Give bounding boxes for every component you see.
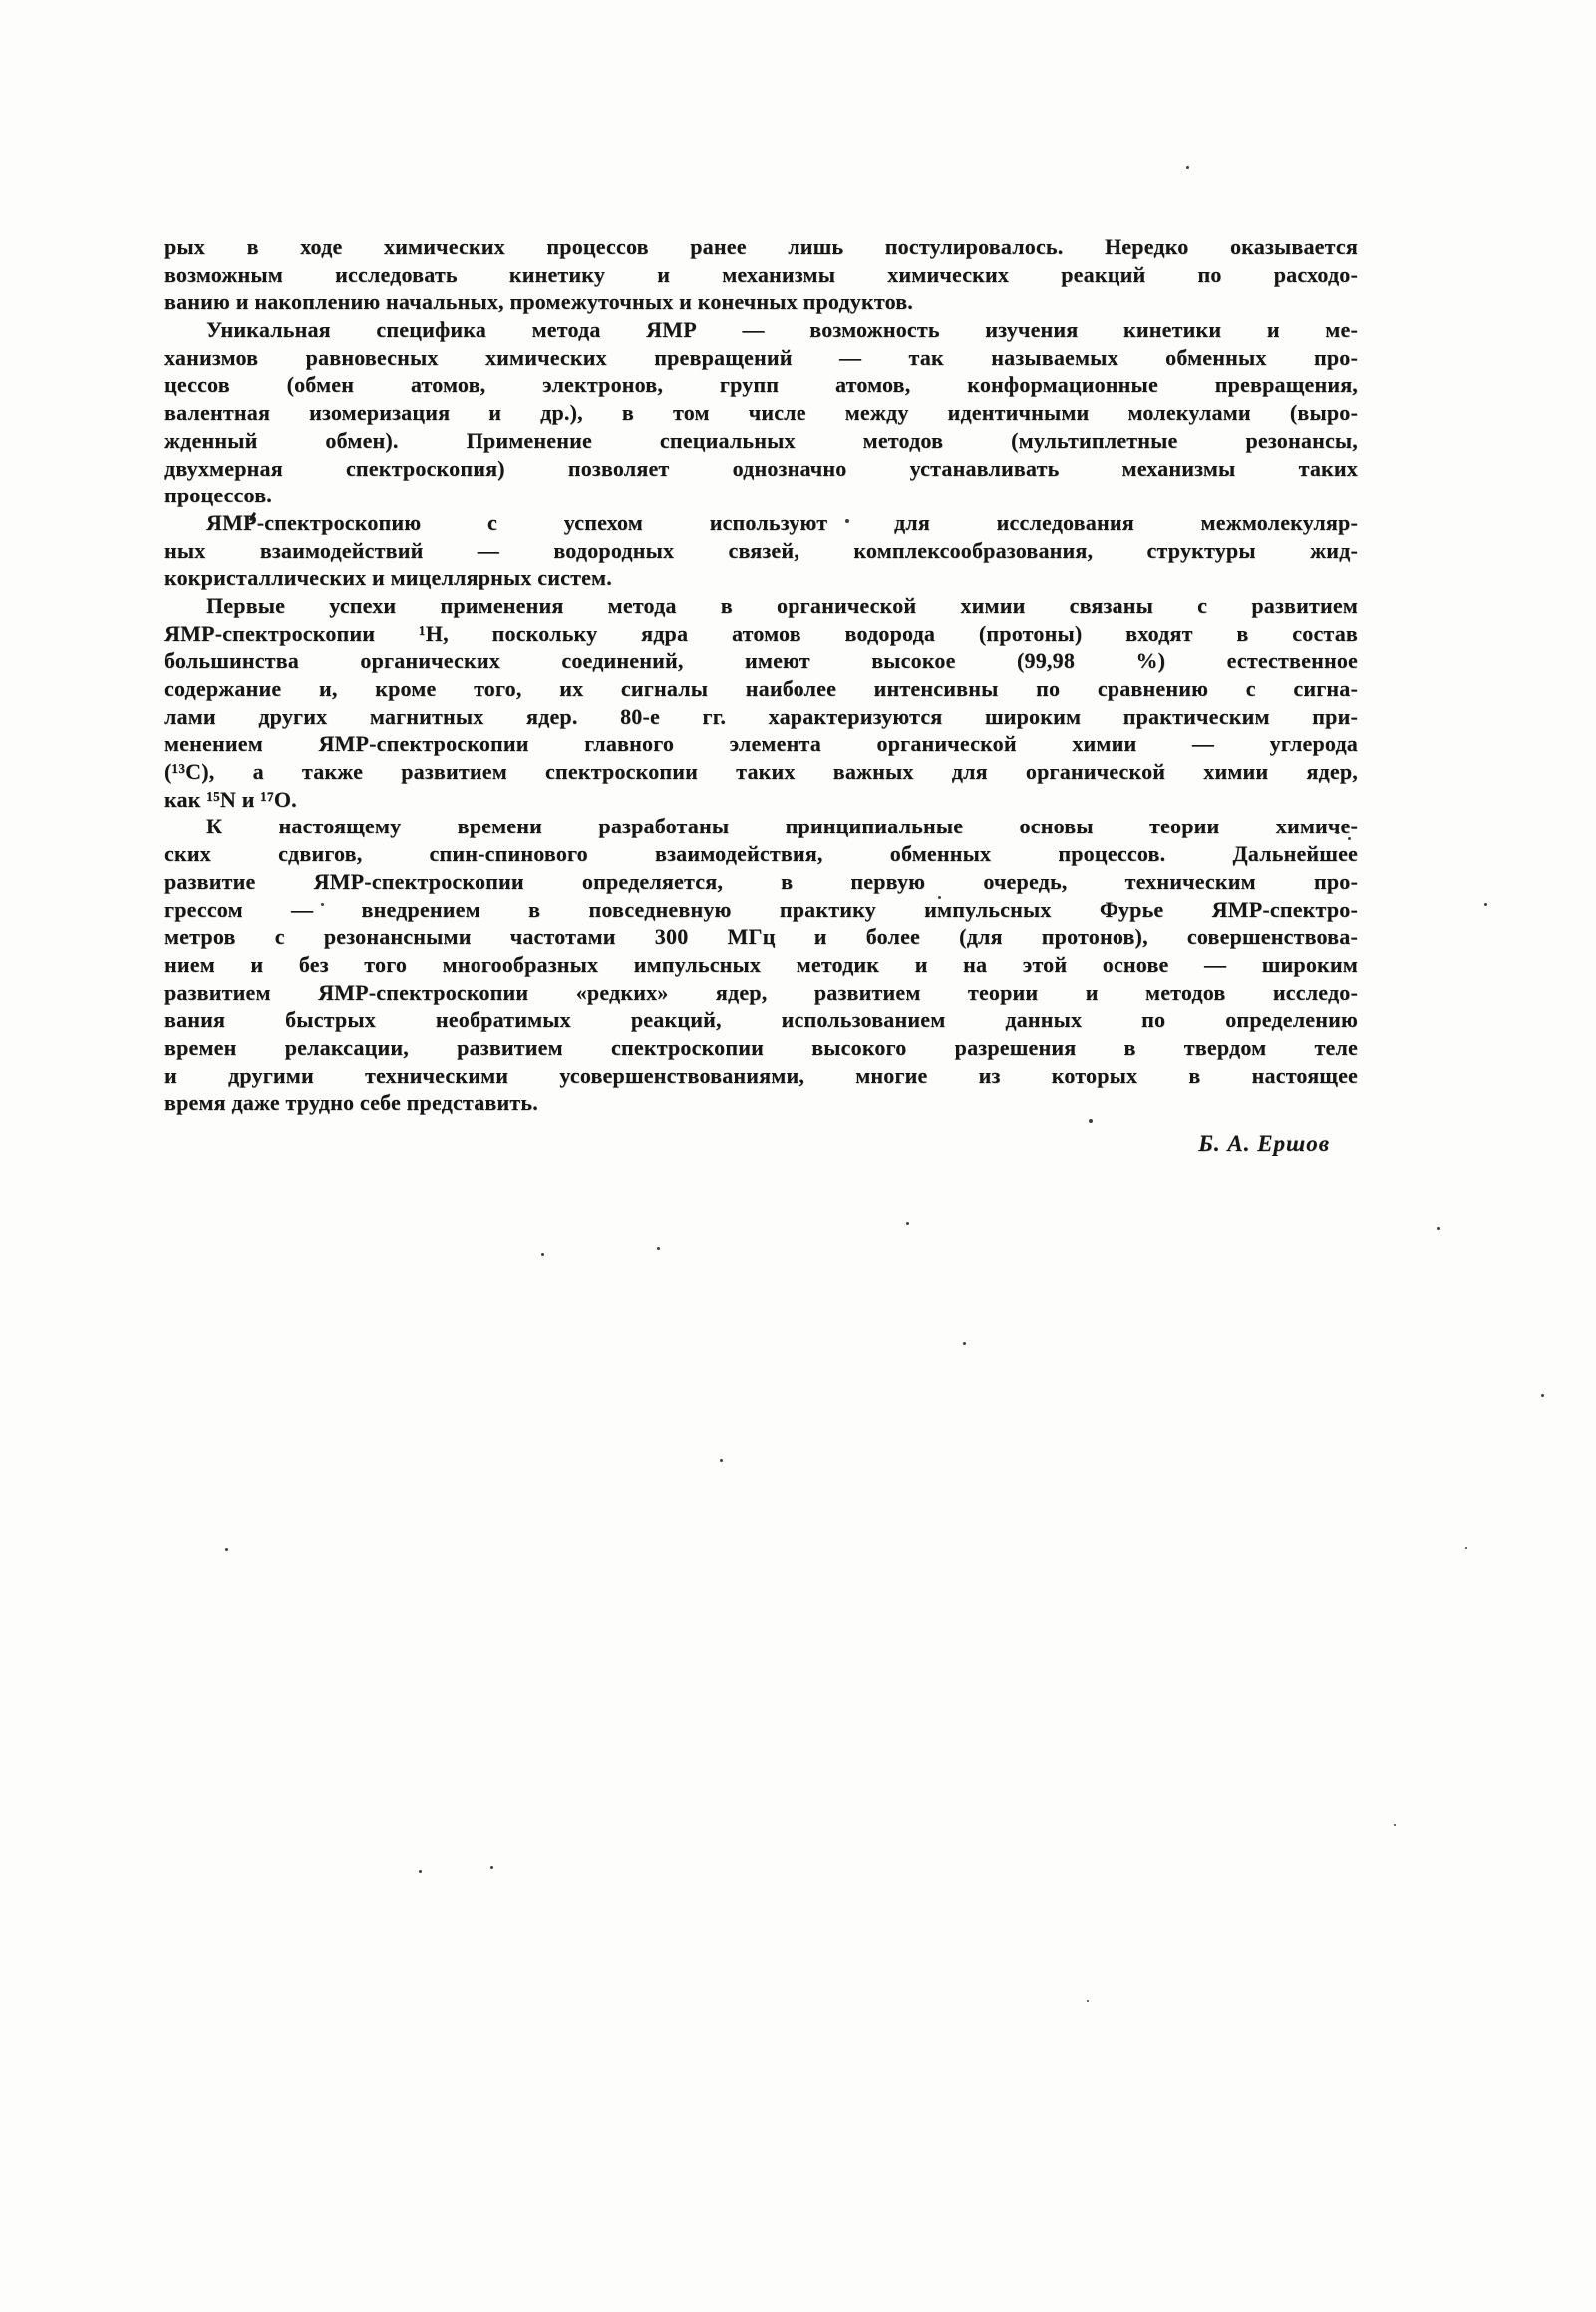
scan-speck [1186, 166, 1189, 169]
author-signature: Б. А. Ершов [164, 1131, 1358, 1156]
scan-speck [1437, 1227, 1440, 1230]
text-line: развитием ЯМР-спектроскопии «редких» яде… [164, 979, 1358, 1007]
scan-speck [321, 903, 324, 906]
text-line: как ¹⁵N и ¹⁷O. [164, 786, 1358, 814]
scan-speck [845, 519, 849, 523]
scanned-page: рых в ходе химических процессов ранее ли… [0, 0, 1596, 2312]
scan-speck [938, 896, 941, 899]
text-line: процессов. [164, 482, 1358, 509]
text-line: вания быстрых необратимых реакций, испол… [164, 1006, 1358, 1034]
text-line: возможным исследовать кинетику и механиз… [164, 261, 1358, 289]
text-line: ванию и накоплению начальных, промежуточ… [164, 288, 1358, 316]
scan-speck [490, 1866, 493, 1869]
paragraph: ЯМР-спектроскопию с успехом используют д… [164, 509, 1358, 592]
text-line: развитие ЯМР-спектроскопии определяется,… [164, 868, 1358, 896]
text-line: большинства органических соединений, име… [164, 647, 1358, 675]
scan-speck [541, 1253, 544, 1256]
text-line: Уникальная специфика метода ЯМР — возмож… [164, 316, 1358, 344]
text-block: рых в ходе химических процессов ранее ли… [164, 233, 1358, 1156]
scan-speck [906, 1222, 909, 1225]
text-line: Первые успехи применения метода в органи… [164, 592, 1358, 620]
text-line: рых в ходе химических процессов ранее ли… [164, 233, 1358, 261]
text-line: нием и без того многообразных импульсных… [164, 951, 1358, 979]
paragraph: К настоящему времени разработаны принцип… [164, 813, 1358, 1117]
text-line: времен релаксации, развитием спектроскоп… [164, 1034, 1358, 1062]
text-line: и другими техническими усовершенствовани… [164, 1062, 1358, 1090]
text-line: ных взаимодействий — водородных связей, … [164, 537, 1358, 565]
text-line: содержание и, кроме того, их сигналы наи… [164, 675, 1358, 703]
text-line: ханизмов равновесных химических превраще… [164, 344, 1358, 372]
text-line: (¹³C), а также развитием спектроскопии т… [164, 758, 1358, 786]
scan-speck [419, 1870, 422, 1873]
paragraph: рых в ходе химических процессов ранее ли… [164, 233, 1358, 316]
text-line: двухмерная спектроскопия) позволяет одно… [164, 455, 1358, 483]
scan-speck [1484, 903, 1487, 906]
scan-speck [1394, 1824, 1396, 1826]
text-line: время даже трудно себе представить. [164, 1089, 1358, 1117]
scan-speck [1541, 1394, 1544, 1397]
paragraph: Первые успехи применения метода в органи… [164, 592, 1358, 814]
scan-speck [720, 1459, 723, 1462]
scan-speck [1348, 837, 1351, 840]
paragraph: Уникальная специфика метода ЯМР — возмож… [164, 316, 1358, 509]
text-line: менением ЯМР-спектроскопии главного элем… [164, 730, 1358, 758]
scan-speck [963, 1342, 966, 1345]
text-line: К настоящему времени разработаны принцип… [164, 813, 1358, 840]
scan-speck [1087, 2000, 1089, 2002]
text-line: цессов (обмен атомов, электронов, групп … [164, 371, 1358, 399]
text-line: лами других магнитных ядер. 80-е гг. хар… [164, 703, 1358, 731]
scan-speck [1336, 831, 1339, 834]
text-line: жденный обмен). Применение специальных м… [164, 427, 1358, 455]
scan-speck [657, 1247, 660, 1250]
scan-speck [1465, 1547, 1467, 1549]
text-line: ских сдвигов, спин-спинового взаимодейст… [164, 840, 1358, 868]
text-line: кокристаллических и мицеллярных систем. [164, 564, 1358, 592]
scan-speck [225, 1548, 228, 1551]
text-line: ЯМР-спектроскопии ¹H, поскольку ядра ато… [164, 620, 1358, 648]
text-line: валентная изомеризация и др.), в том чис… [164, 399, 1358, 427]
scan-speck [1089, 1119, 1093, 1123]
text-line: ЯМР-спектроскопию с успехом используют д… [164, 509, 1358, 537]
text-line: метров с резонансными частотами 300 МГц … [164, 923, 1358, 951]
text-line: грессом — внедрением в повседневную прак… [164, 896, 1358, 924]
